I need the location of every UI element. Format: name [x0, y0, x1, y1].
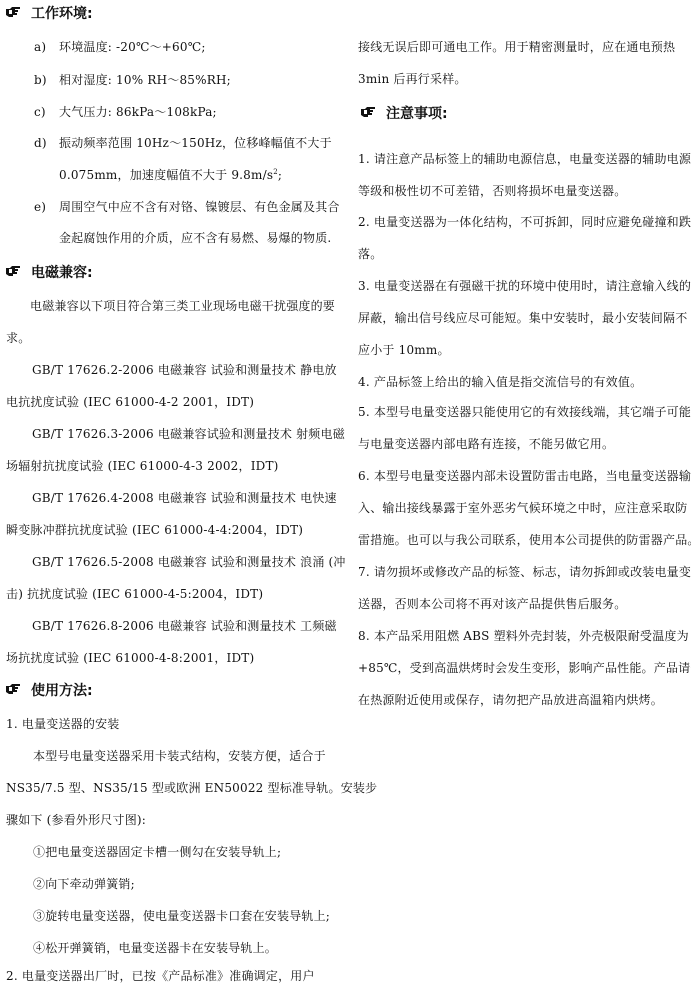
work-env-item-c: c)大气压力: 86kPa～108kPa; [34, 104, 217, 120]
usage-para: 本型号电量变送器采用卡装式结构，安装方便，适合于 [33, 748, 326, 764]
note-6: 6. 本型号电量变送器内部未设置防雷击电路，当电量变送器输 [358, 468, 691, 484]
usage-substep-3: ③旋转电量变送器，使电量变送器卡口套在安装导轨上; [33, 908, 330, 924]
pointing-hand-icon [361, 107, 376, 117]
emc-std-1: GB/T 17626.2-2006 电磁兼容 试验和测量技术 静电放 [32, 362, 337, 378]
work-env-item-d: d)振动频率范围 10Hz～150Hz，位移峰幅值不大于 [34, 135, 332, 151]
work-env-heading: 工作环境: [6, 5, 93, 23]
note-7: 7. 请勿损坏或修改产品的标签、标志，请勿拆卸或改装电量变 [358, 564, 691, 580]
usage-substep-2: ②向下牵动弹簧销; [33, 876, 135, 892]
pointing-hand-icon [6, 684, 21, 694]
work-env-item-e-cont: 金起腐蚀作用的介质，应不含有易燃、易爆的物质. [59, 230, 331, 246]
note-1-cont: 等级和极性切不可差错，否则将损坏电量变送器。 [358, 183, 626, 199]
note-3-cont: 屏蔽，输出信号线应尽可能短。集中安装时，最小安装间隔不 [358, 310, 687, 326]
emc-intro: 电磁兼容以下项目符合第三类工业现场电磁干扰强度的要 [30, 298, 335, 314]
emc-std-2: GB/T 17626.3-2006 电磁兼容试验和测量技术 射频电磁 [32, 426, 345, 442]
work-env-item-e: e)周围空气中应不含有对铬、镍镀层、有色金属及其合 [34, 199, 340, 215]
work-env-item-b: b)相对湿度: 10% RH～85%RH; [34, 72, 231, 88]
emc-std-4: GB/T 17626.5-2008 电磁兼容 试验和测量技术 浪涌 (冲 [32, 554, 346, 570]
note-1: 1. 请注意产品标签上的辅助电源信息，电量变送器的辅助电源 [358, 151, 691, 167]
note-3: 3. 电量变送器在有强磁干扰的环境中使用时，请注意输入线的 [358, 278, 691, 294]
note-2: 2. 电量变送器为一体化结构，不可拆卸，同时应避免碰撞和跌 [358, 214, 691, 230]
usage-para-cont: NS35/7.5 型、NS35/15 型或欧洲 EN50022 型标准导轨。安装… [6, 780, 377, 796]
note-5-cont: 与电量变送器内部电路有连接，不能另做它用。 [358, 436, 614, 452]
usage-step-2-cont: 接线无误后即可通电工作。用于精密测量时，应在通电预热 [358, 39, 675, 55]
emc-std-3-cont: 瞬变脉冲群抗扰度试验 (IEC 61000-4-4:2004，IDT) [6, 522, 303, 538]
emc-std-5: GB/T 17626.8-2006 电磁兼容 试验和测量技术 工频磁 [32, 618, 337, 634]
note-2-cont: 落。 [358, 246, 382, 262]
usage-step-1-title: 1. 电量变送器的安装 [6, 716, 119, 732]
emc-std-3: GB/T 17626.4-2008 电磁兼容 试验和测量技术 电快速 [32, 490, 337, 506]
usage-heading: 使用方法: [6, 682, 93, 700]
work-env-item-a: a)环境温度: -20℃～+60℃; [34, 39, 206, 55]
usage-substep-4: ④松开弹簧销，电量变送器卡在安装导轨上。 [33, 940, 277, 956]
notes-title: 注意事项: [386, 106, 448, 122]
emc-std-1-cont: 电抗扰度试验 (IEC 61000-4-2 2001，IDT) [6, 394, 254, 410]
usage-substep-1: ①把电量变送器固定卡槽一侧勾在安装导轨上; [33, 844, 281, 860]
emc-std-2-cont: 场辐射抗扰度试验 (IEC 61000-4-3 2002，IDT) [6, 458, 279, 474]
note-6-cont-2: 雷措施。也可以与我公司联系，使用本公司提供的防雷器产品。 [358, 532, 691, 548]
pointing-hand-icon [6, 7, 21, 17]
emc-title: 电磁兼容: [31, 265, 93, 281]
note-3-cont-2: 应小于 10mm。 [358, 342, 450, 358]
note-5: 5. 本型号电量变送器只能使用它的有效接线端，其它端子可能 [358, 404, 691, 420]
note-8-cont: +85℃，受到高温烘烤时会发生变形，影响产品性能。产品请勿 [358, 660, 691, 676]
notes-heading: 注意事项: [361, 105, 448, 123]
emc-std-5-cont: 场抗扰度试验 (IEC 61000-4-8:2001，IDT) [6, 650, 254, 666]
emc-heading: 电磁兼容: [6, 264, 93, 282]
usage-step-2: 2. 电量变送器出厂时，已按《产品标准》准确调定，用户 [6, 968, 315, 984]
emc-std-4-cont: 击) 抗扰度试验 (IEC 61000-4-5:2004，IDT) [6, 586, 263, 602]
usage-para-cont-2: 骤如下 (参看外形尺寸图): [6, 812, 146, 828]
note-7-cont: 送器，否则本公司将不再对该产品提供售后服务。 [358, 596, 626, 612]
usage-step-2-cont-2: 3min 后再行采样。 [358, 71, 467, 87]
note-8-cont-2: 在热源附近使用或保存，请勿把产品放进高温箱内烘烤。 [358, 692, 663, 708]
usage-title: 使用方法: [31, 683, 93, 699]
note-4: 4. 产品标签上给出的输入值是指交流信号的有效值。 [358, 374, 642, 390]
pointing-hand-icon [6, 266, 21, 276]
note-6-cont: 入、输出接线暴露于室外恶劣气候环境之中时，应注意采取防 [358, 500, 687, 516]
note-8: 8. 本产品采用阻燃 ABS 塑料外壳封装，外壳极限耐受温度为 [358, 628, 689, 644]
work-env-title: 工作环境: [31, 6, 93, 22]
emc-intro-cont: 求。 [6, 330, 30, 346]
work-env-item-d-cont: 0.075mm，加速度幅值不大于 9.8m/s2; [59, 167, 282, 183]
